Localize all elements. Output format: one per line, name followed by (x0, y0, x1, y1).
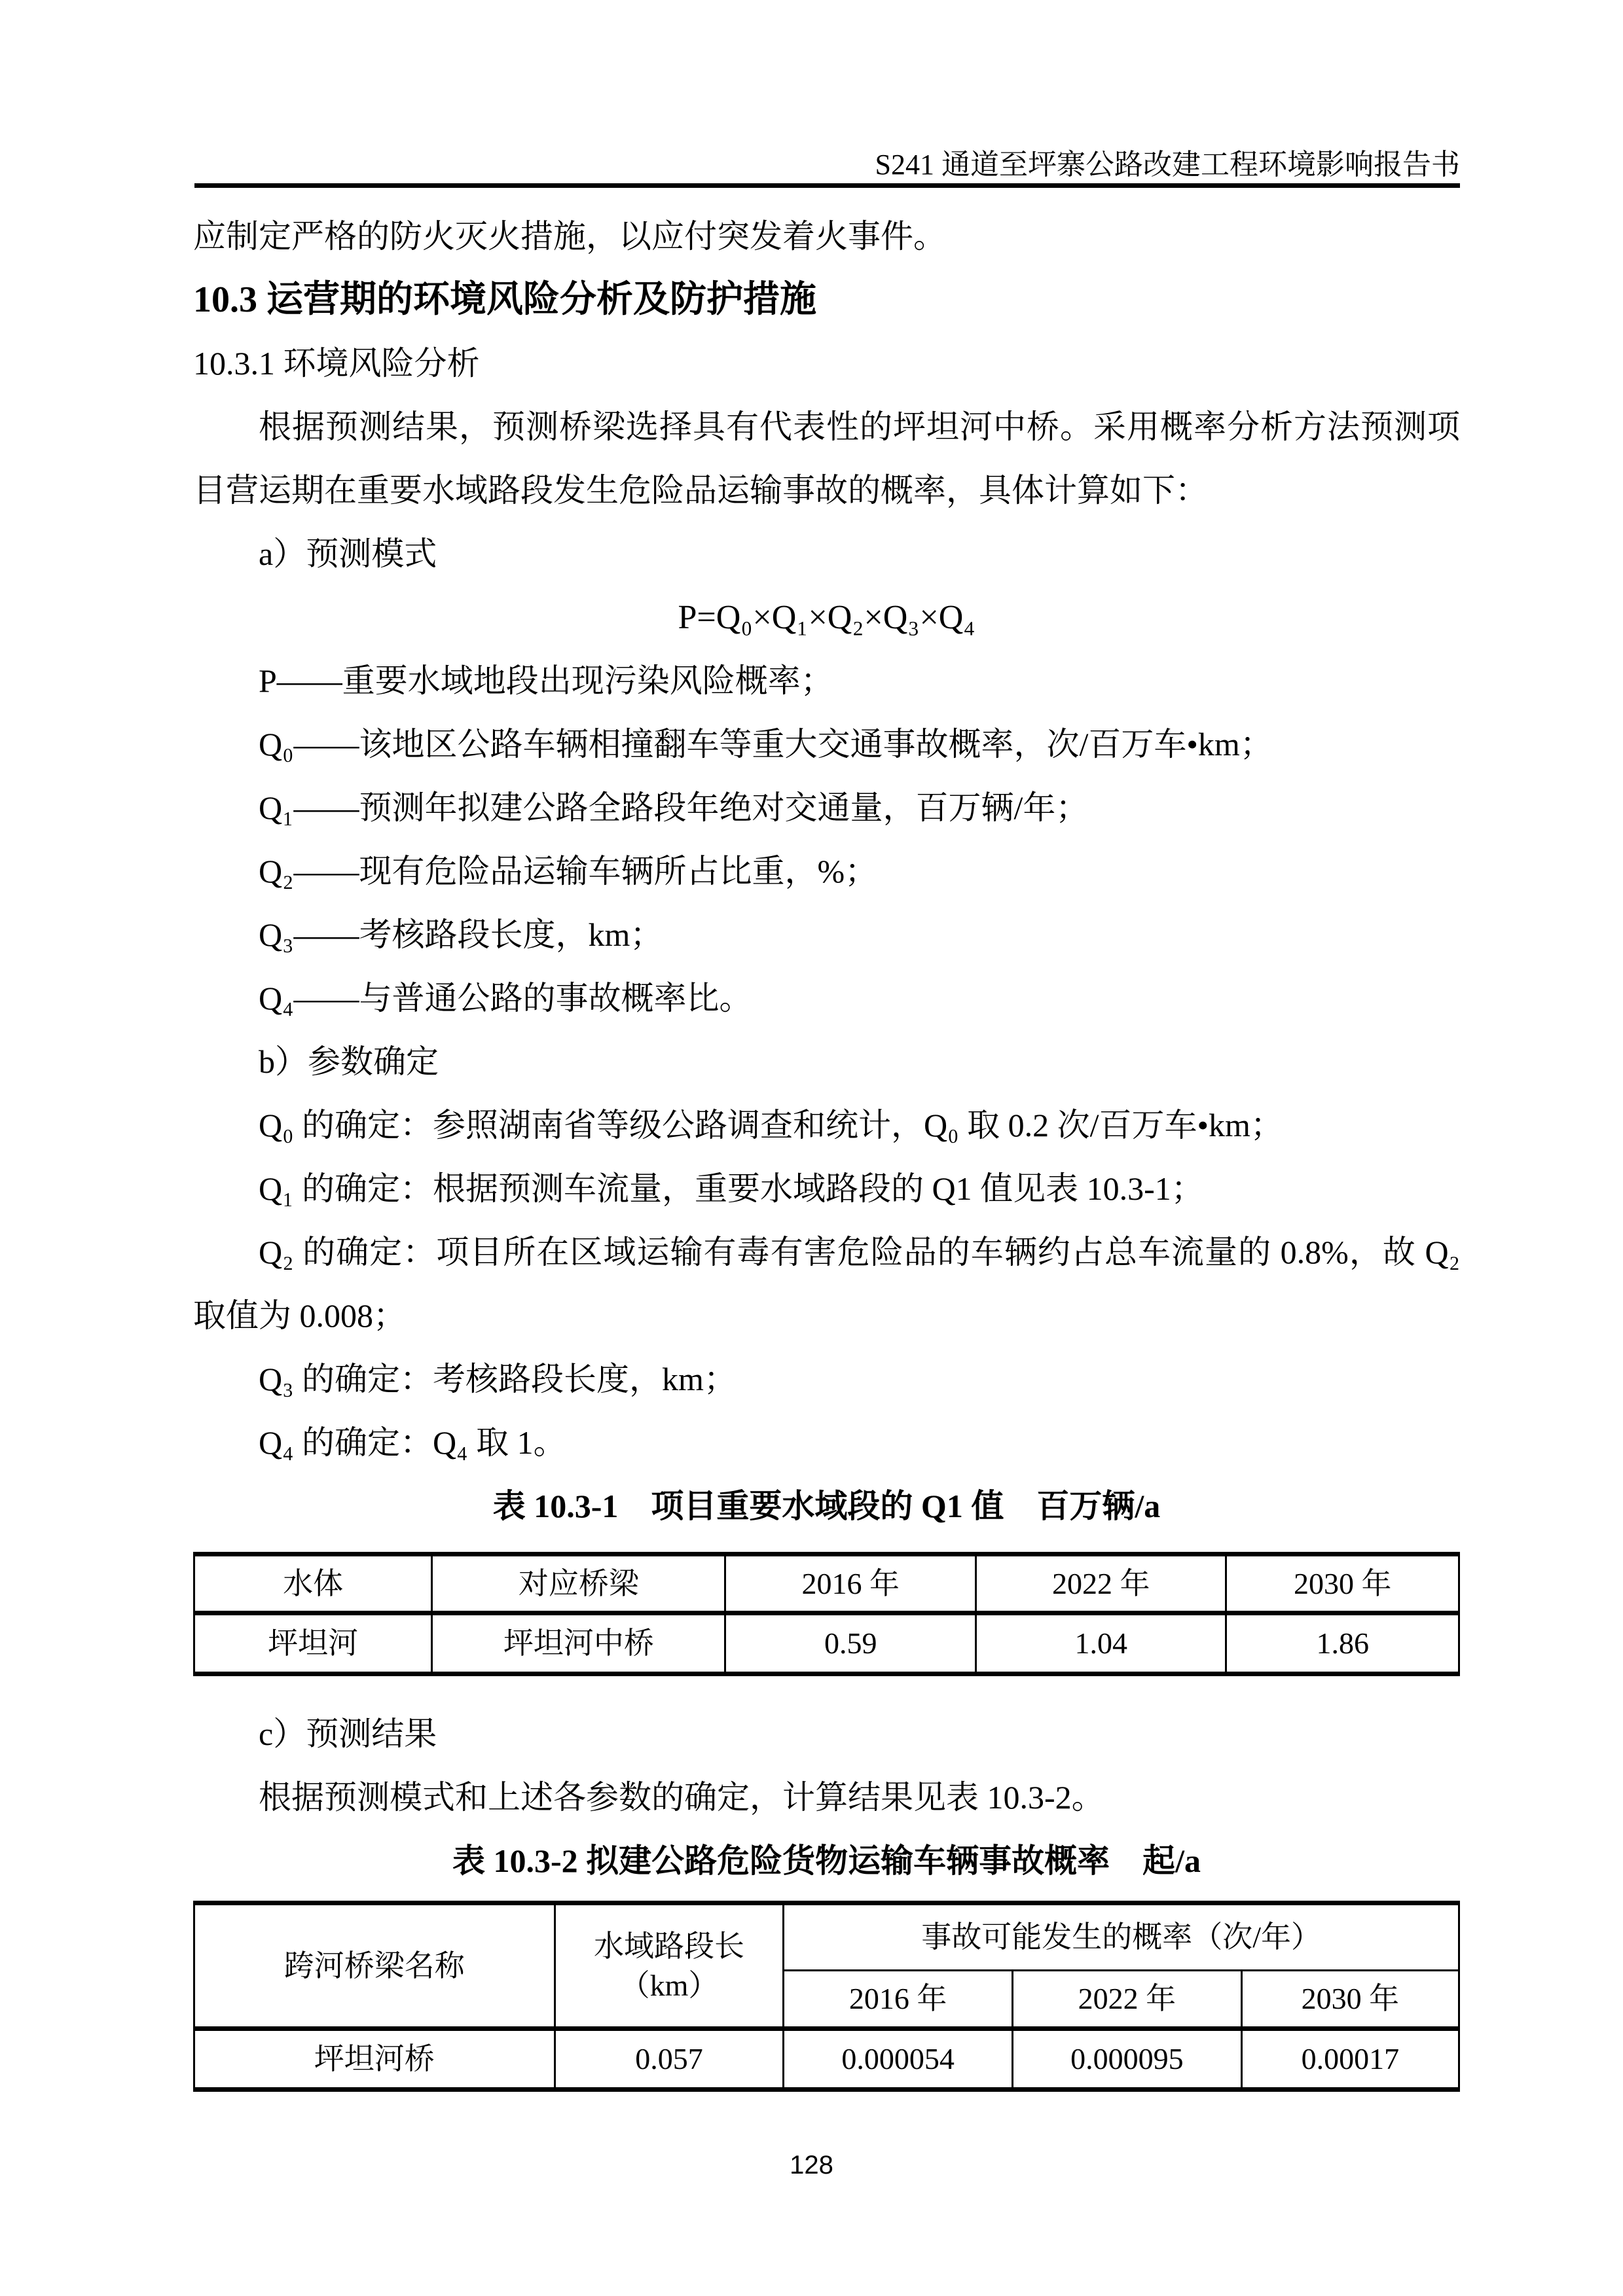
table1-data-row: 坪坦河 坪坦河中桥 0.59 1.04 1.86 (194, 1613, 1459, 1674)
method-paragraph: 根据预测结果，预测桥梁选择具有代表性的坪坦河中桥。采用概率分析方法预测项目营运期… (193, 395, 1460, 522)
subsection-heading: 10.3.1 环境风险分析 (193, 332, 1460, 395)
main-content: 应制定严格的防火灭火措施，以应付突发着火事件。 10.3 运营期的环境风险分析及… (193, 205, 1460, 2092)
table2-header-year-2030: 2030 年 (1241, 1971, 1459, 2029)
table2-header-segment-length: 水域路段长 （km） (555, 1903, 784, 2029)
table2-header-segment-length-line1: 水域路段长 (561, 1927, 778, 1966)
parameter-line: Q₃ 的确定：考核路段长度，km； (193, 1348, 1460, 1411)
table1-cell-2022: 1.04 (976, 1613, 1226, 1674)
definition-line: Q₁——预测年拟建公路全路段年绝对交通量，百万辆/年； (193, 776, 1460, 840)
table1-header-row: 水体 对应桥梁 2016 年 2022 年 2030 年 (194, 1554, 1459, 1613)
header-rule (194, 183, 1460, 188)
table2-cell-2022: 0.000095 (1012, 2029, 1241, 2090)
table2-cell-bridge-name: 坪坦河桥 (194, 2029, 555, 2090)
parameter-line: Q₂ 的确定：项目所在区域运输有毒有害危险品的车辆约占总车流量的 0.8%，故 … (193, 1221, 1460, 1348)
table1-header-bridge: 对应桥梁 (432, 1554, 725, 1613)
definition-line: Q₃——考核路段长度，km； (193, 903, 1460, 967)
intro-paragraph: 应制定严格的防火灭火措施，以应付突发着火事件。 (193, 205, 1460, 268)
table2-cell-2016: 0.000054 (784, 2029, 1013, 2090)
table1-header-year-2022: 2022 年 (976, 1554, 1226, 1613)
definition-line: Q₀——该地区公路车辆相撞翻车等重大交通事故概率，次/百万车•km； (193, 713, 1460, 776)
table1-header-year-2016: 2016 年 (725, 1554, 976, 1613)
table1-cell-2030: 1.86 (1226, 1613, 1459, 1674)
table1-header-water-body: 水体 (194, 1554, 432, 1613)
running-header-title: S241 通道至坪寨公路改建工程环境影响报告书 (194, 149, 1460, 181)
table2-header-segment-length-line2: （km） (561, 1966, 778, 2005)
parameter-line: Q₄ 的确定：Q₄ 取 1。 (193, 1411, 1460, 1475)
parameter-line: Q₁ 的确定：根据预测车流量，重要水域路段的 Q1 值见表 10.3-1； (193, 1157, 1460, 1221)
list-item-c: c）预测结果 (193, 1702, 1460, 1766)
page-number: 128 (0, 2152, 1623, 2178)
definition-line: P——重要水域地段出现污染风险概率； (193, 649, 1460, 713)
table1-header-year-2030: 2030 年 (1226, 1554, 1459, 1613)
table2-header-year-2016: 2016 年 (784, 1971, 1013, 2029)
table1-caption: 表 10.3-1 项目重要水域段的 Q1 值 百万辆/a (193, 1475, 1460, 1538)
table1-cell-water-body: 坪坦河 (194, 1613, 432, 1674)
table-q1-values: 水体 对应桥梁 2016 年 2022 年 2030 年 坪坦河 坪坦河中桥 0… (193, 1552, 1460, 1676)
document-page: S241 通道至坪寨公路改建工程环境影响报告书 应制定严格的防火灭火措施，以应付… (0, 0, 1623, 2296)
table2-header-bridge-name: 跨河桥梁名称 (194, 1903, 555, 2029)
result-paragraph: 根据预测模式和上述各参数的确定，计算结果见表 10.3-2。 (193, 1766, 1460, 1829)
table2-header-probability-group: 事故可能发生的概率（次/年） (784, 1903, 1459, 1971)
table2-caption: 表 10.3-2 拟建公路危险货物运输车辆事故概率 起/a (193, 1829, 1460, 1893)
parameter-line: Q₀ 的确定：参照湖南省等级公路调查和统计，Q₀ 取 0.2 次/百万车•km； (193, 1094, 1460, 1157)
section-heading: 10.3 运营期的环境风险分析及防护措施 (193, 268, 1460, 332)
probability-formula: P=Q₀×Q₁×Q₂×Q₃×Q₄ (193, 586, 1460, 649)
table-accident-probability: 跨河桥梁名称 水域路段长 （km） 事故可能发生的概率（次/年） 2016 年 … (193, 1901, 1460, 2092)
table1-cell-bridge: 坪坦河中桥 (432, 1613, 725, 1674)
table2-cell-length: 0.057 (555, 2029, 784, 2090)
table2-header-row-1: 跨河桥梁名称 水域路段长 （km） 事故可能发生的概率（次/年） (194, 1903, 1459, 1971)
definition-line: Q₄——与普通公路的事故概率比。 (193, 967, 1460, 1030)
list-item-a: a）预测模式 (193, 522, 1460, 586)
list-item-b: b）参数确定 (193, 1030, 1460, 1094)
table1-cell-2016: 0.59 (725, 1613, 976, 1674)
table2-data-row: 坪坦河桥 0.057 0.000054 0.000095 0.00017 (194, 2029, 1459, 2090)
table2-cell-2030: 0.00017 (1241, 2029, 1459, 2090)
table2-header-year-2022: 2022 年 (1012, 1971, 1241, 2029)
definition-line: Q₂——现有危险品运输车辆所占比重，%； (193, 840, 1460, 903)
